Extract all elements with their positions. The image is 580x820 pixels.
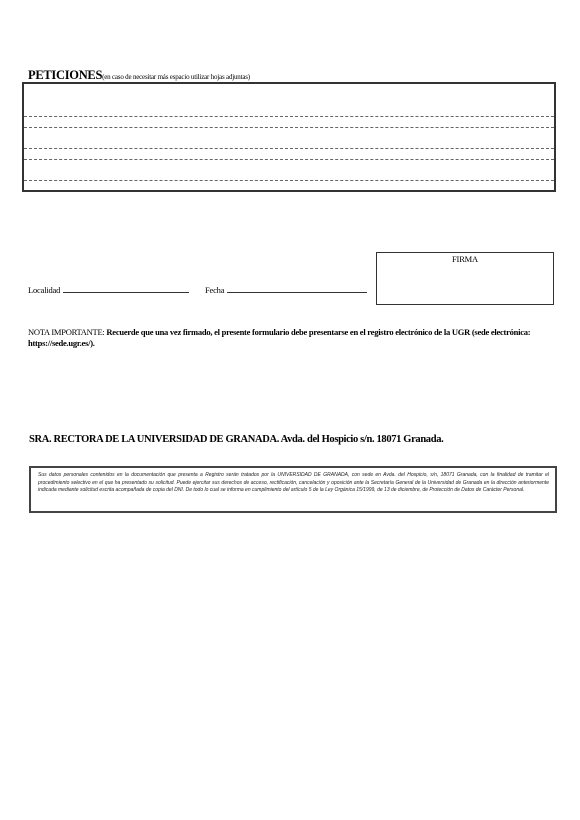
peticiones-line-2[interactable] [26,117,552,126]
peticiones-title: PETICIONES [28,68,102,82]
fecha-field: Fecha [205,284,367,295]
privacy-notice-text: Sus datos personales contenidos en la do… [38,472,549,495]
peticiones-box [22,82,556,192]
firma-box[interactable]: FIRMA [376,252,554,305]
fecha-input[interactable] [227,284,367,293]
localidad-input[interactable] [63,284,189,293]
nota-importante: NOTA IMPORTANTE: Recuerde que una vez fi… [28,327,558,349]
peticiones-line-5[interactable] [26,160,552,179]
localidad-label: Localidad [28,285,60,295]
peticiones-heading: PETICIONES(en caso de necesitar más espa… [28,68,250,83]
peticiones-subtitle: (en caso de necesitar más espacio utiliz… [102,73,250,81]
nota-lead: NOTA IMPORTANTE: [28,327,105,337]
firma-label: FIRMA [377,254,553,264]
fecha-label: Fecha [205,285,224,295]
peticiones-line-4[interactable] [26,149,552,158]
peticiones-line-6[interactable] [26,181,552,189]
peticiones-line-1[interactable] [26,86,552,114]
localidad-field: Localidad [28,284,189,295]
peticiones-line-3[interactable] [26,128,552,147]
recipient-address: SRA. RECTORA DE LA UNIVERSIDAD DE GRANAD… [29,434,443,445]
privacy-notice-box: Sus datos personales contenidos en la do… [29,466,557,513]
